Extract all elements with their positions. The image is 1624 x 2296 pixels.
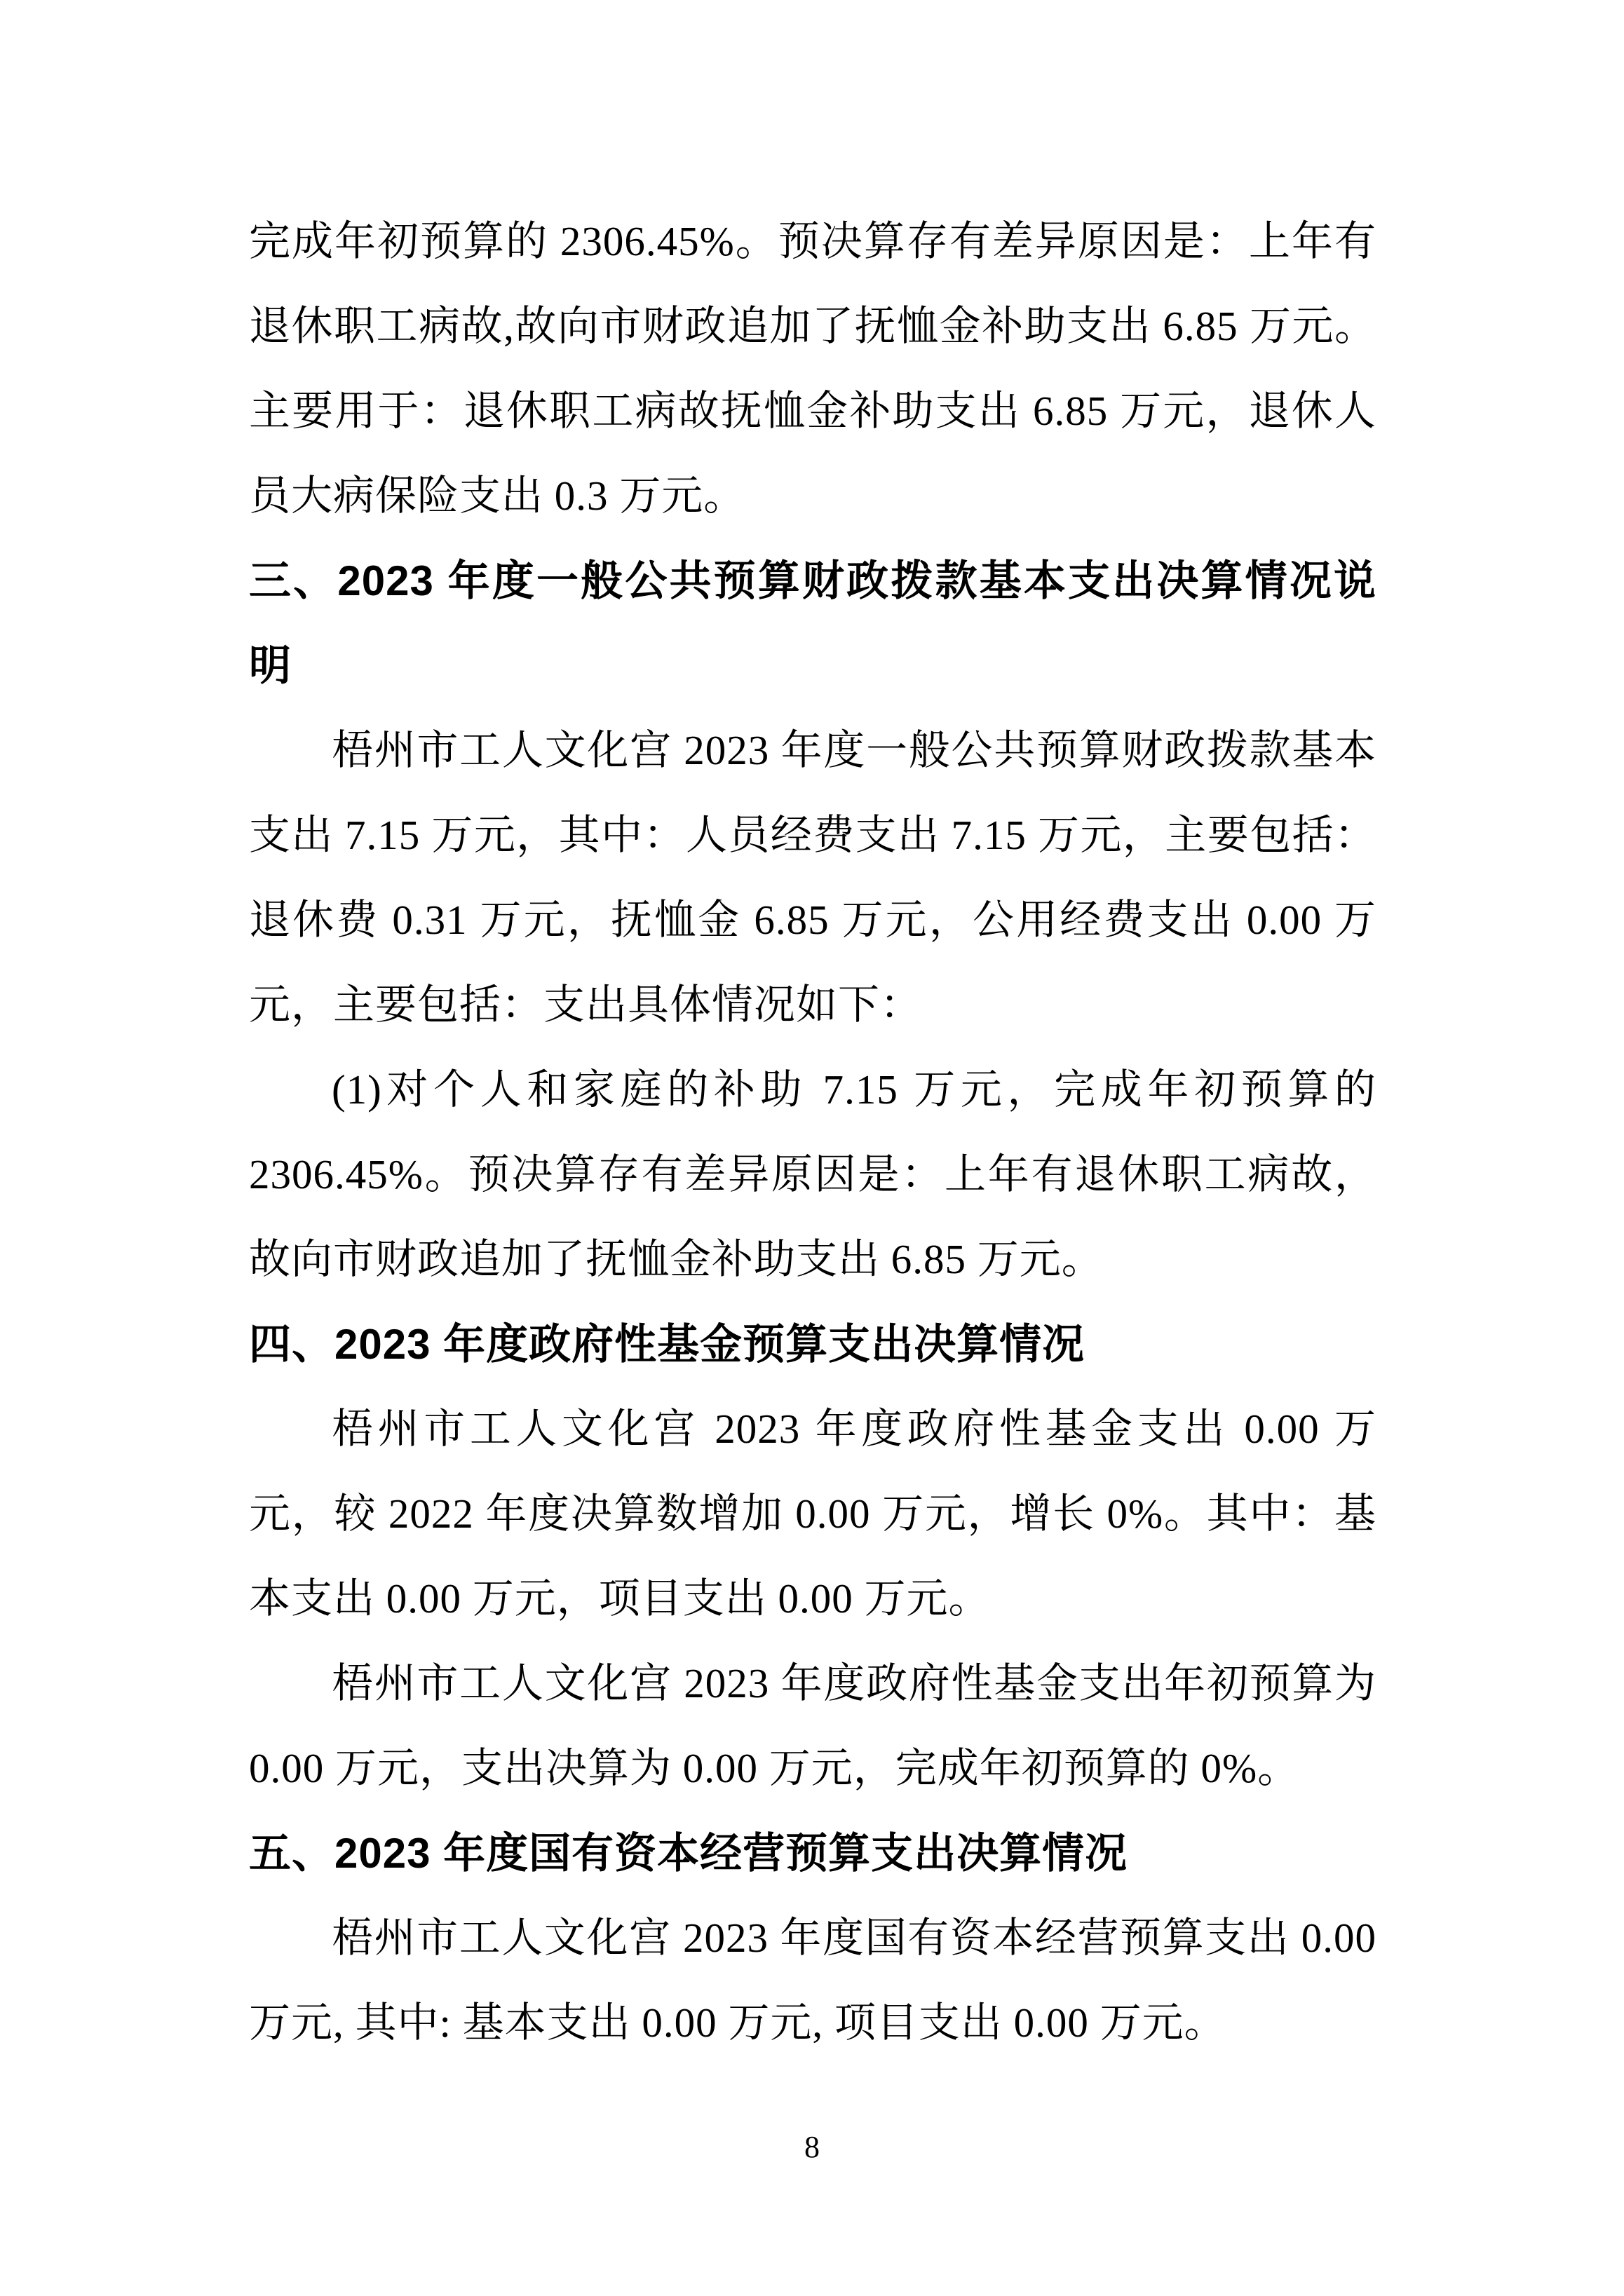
document-page: 完成年初预算的 2306.45%。预决算存有差异原因是：上年有退休职工病故,故向…: [0, 0, 1624, 2296]
paragraph: 梧州市工人文化宫 2023 年度一般公共预算财政拨款基本支出 7.15 万元，其…: [249, 708, 1376, 1047]
section-heading: 四、2023 年度政府性基金预算支出决算情况: [249, 1302, 1376, 1387]
paragraph: 梧州市工人文化宫 2023 年度国有资本经营预算支出 0.00 万元, 其中: …: [249, 1896, 1376, 2065]
paragraph: 梧州市工人文化宫 2023 年度政府性基金支出 0.00 万元，较 2022 年…: [249, 1387, 1376, 1641]
paragraph: 完成年初预算的 2306.45%。预决算存有差异原因是：上年有退休职工病故,故向…: [249, 199, 1376, 538]
paragraph: 梧州市工人文化宫 2023 年度政府性基金支出年初预算为 0.00 万元，支出决…: [249, 1641, 1376, 1811]
section-heading: 三、2023 年度一般公共预算财政拨款基本支出决算情况说明: [249, 538, 1376, 708]
paragraph: (1)对个人和家庭的补助 7.15 万元，完成年初预算的 2306.45%。预决…: [249, 1047, 1376, 1302]
section-heading: 五、2023 年度国有资本经营预算支出决算情况: [249, 1811, 1376, 1896]
document-body: 完成年初预算的 2306.45%。预决算存有差异原因是：上年有退休职工病故,故向…: [249, 199, 1376, 2065]
page-number: 8: [0, 2126, 1624, 2169]
